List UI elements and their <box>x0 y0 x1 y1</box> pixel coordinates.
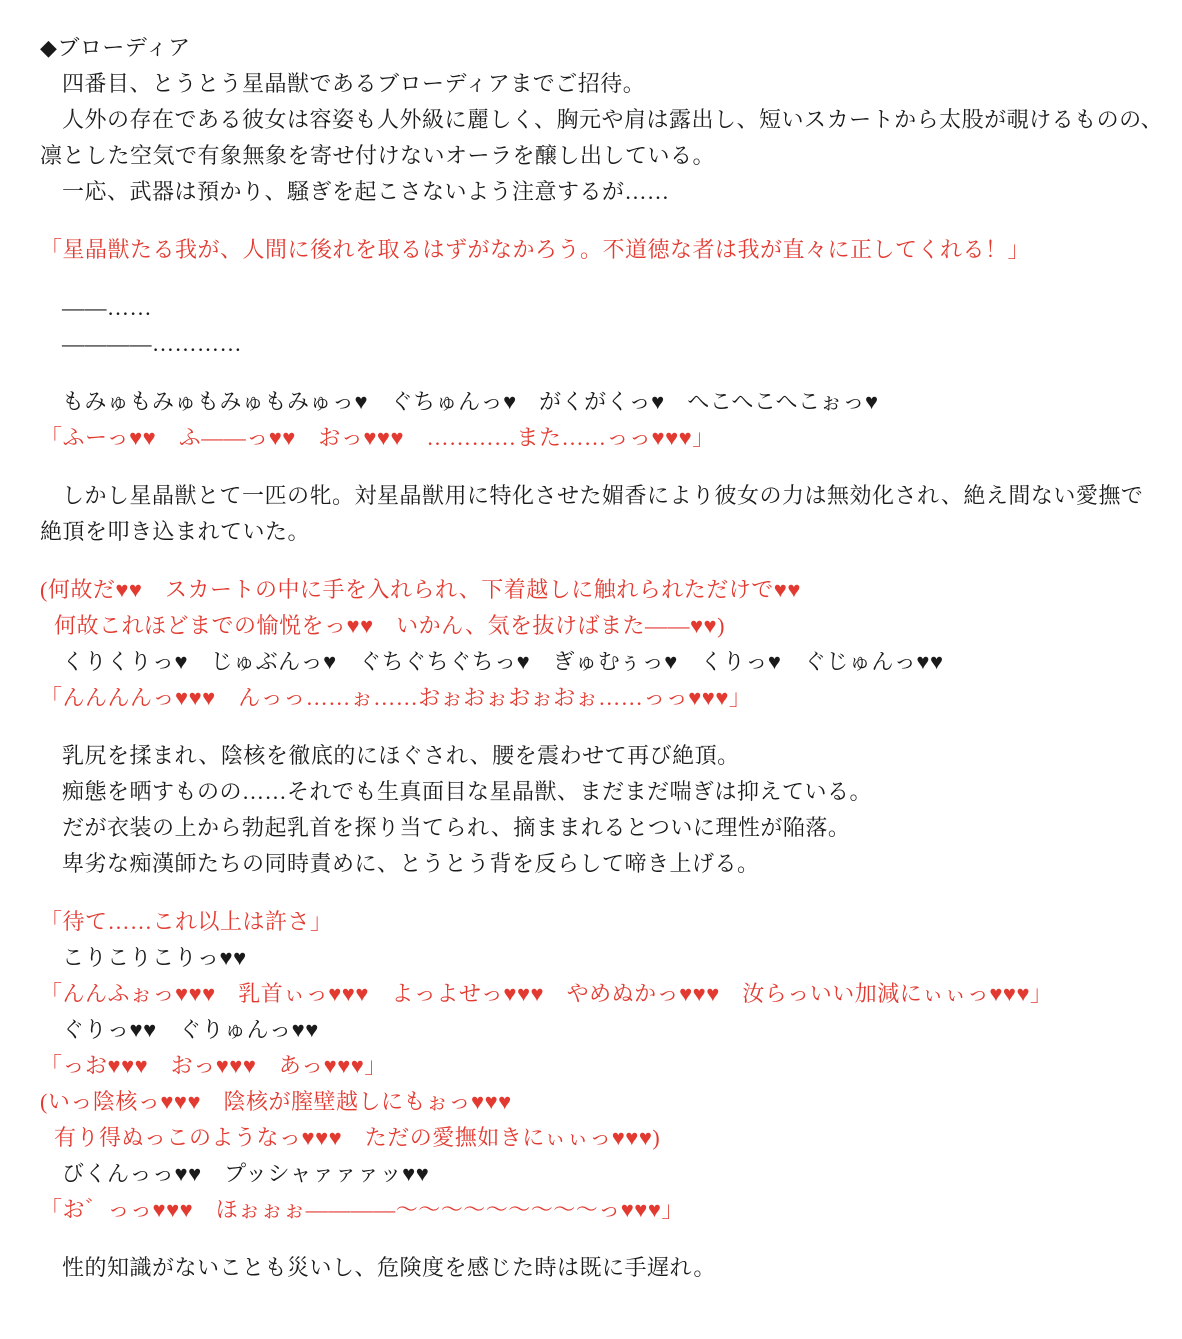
section-heading: ◆ブローディア <box>40 30 1162 66</box>
silence-separator-line: ――…… <box>40 290 1162 326</box>
text-line: しかし星晶獣とて一匹の牝。対星晶獣用に特化させた媚香により彼女の力は無効化され、… <box>40 478 1162 514</box>
document-body: ◆ブローディア四番目、とうとう星晶獣であるブローディアまでご招待。人外の存在であ… <box>0 0 1182 1339</box>
sound-effect-line: くりくりっ♥ じゅぶんっ♥ ぐちぐちぐちっ♥ ぎゅむぅっ♥ くりっ♥ ぐじゅんっ… <box>40 644 1162 680</box>
dialogue-line: 「ふーっ♥♥ ふ――っ♥♥ おっ♥♥♥ …………また……っっ♥♥♥」 <box>40 420 1162 456</box>
dialogue-line: 「待て……これ以上は許さ」 <box>40 904 1162 940</box>
dialogue-line: 「星晶獣たる我が、人間に後れを取るはずがなかろう。不道徳な者は我が直々に正してく… <box>40 232 1162 268</box>
text-line: 絶頂を叩き込まれていた。 <box>40 514 1162 550</box>
dialogue-line: 「お゛っっ♥♥♥ ほぉぉぉ――――〜〜〜〜〜〜〜〜〜っ♥♥♥」 <box>40 1192 1162 1228</box>
text-line: だが衣装の上から勃起乳首を探り当てられ、摘ままれるとついに理性が陥落。 <box>40 810 1162 846</box>
text-line: 四番目、とうとう星晶獣であるブローディアまでご招待。 <box>40 66 1162 102</box>
inner-thought-line: (何故だ♥♥ スカートの中に手を入れられ、下着越しに触れられただけで♥♥ <box>40 572 1162 608</box>
blank-line <box>40 882 1162 904</box>
text-line: 凛とした空気で有象無象を寄せ付けないオーラを醸し出している。 <box>40 138 1162 174</box>
text-line: 卑劣な痴漢師たちの同時責めに、とうとう背を反らして啼き上げる。 <box>40 846 1162 882</box>
blank-line <box>40 268 1162 290</box>
text-line: 人外の存在である彼女は容姿も人外級に麗しく、胸元や肩は露出し、短いスカートから太… <box>40 102 1162 138</box>
text-line: 一応、武器は預かり、騒ぎを起こさないよう注意するが…… <box>40 174 1162 210</box>
sound-effect-line: ぐりっ♥♥ ぐりゅんっ♥♥ <box>40 1012 1162 1048</box>
silence-separator-line: ――――………… <box>40 326 1162 362</box>
blank-line <box>40 210 1162 232</box>
text-line: 性的知識がないことも災いし、危険度を感じた時は既に手遅れ。 <box>40 1250 1162 1286</box>
blank-line <box>40 1228 1162 1250</box>
sound-effect-line: もみゅもみゅもみゅもみゅっ♥ ぐちゅんっ♥ がくがくっ♥ へこへこへこぉっ♥ <box>40 384 1162 420</box>
dialogue-line: 「んんんんっ♥♥♥ んっっ……ぉ……おぉおぉおぉおぉ……っっ♥♥♥」 <box>40 680 1162 716</box>
dialogue-line: 「んんふぉっ♥♥♥ 乳首ぃっ♥♥♥ よっよせっ♥♥♥ やめぬかっ♥♥♥ 汝らっい… <box>40 976 1162 1012</box>
sound-effect-line: こりこりこりっ♥♥ <box>40 940 1162 976</box>
inner-thought-line: 何故これほどまでの愉悦をっ♥♥ いかん、気を抜けばまた――♥♥) <box>40 608 1162 644</box>
blank-line <box>40 550 1162 572</box>
text-line: 乳尻を揉まれ、陰核を徹底的にほぐされ、腰を震わせて再び絶頂。 <box>40 738 1162 774</box>
text-line: 痴態を晒すものの……それでも生真面目な星晶獣、まだまだ喘ぎは抑えている。 <box>40 774 1162 810</box>
inner-thought-line: 有り得ぬっこのようなっ♥♥♥ ただの愛撫如きにぃぃっ♥♥♥) <box>40 1120 1162 1156</box>
blank-line <box>40 456 1162 478</box>
dialogue-line: 「っお♥♥♥ おっ♥♥♥ あっ♥♥♥」 <box>40 1048 1162 1084</box>
inner-thought-line: (いっ陰核っ♥♥♥ 陰核が膣壁越しにもぉっ♥♥♥ <box>40 1084 1162 1120</box>
blank-line <box>40 362 1162 384</box>
blank-line <box>40 716 1162 738</box>
sound-effect-line: びくんっっ♥♥ プッシャァァァッ♥♥ <box>40 1156 1162 1192</box>
